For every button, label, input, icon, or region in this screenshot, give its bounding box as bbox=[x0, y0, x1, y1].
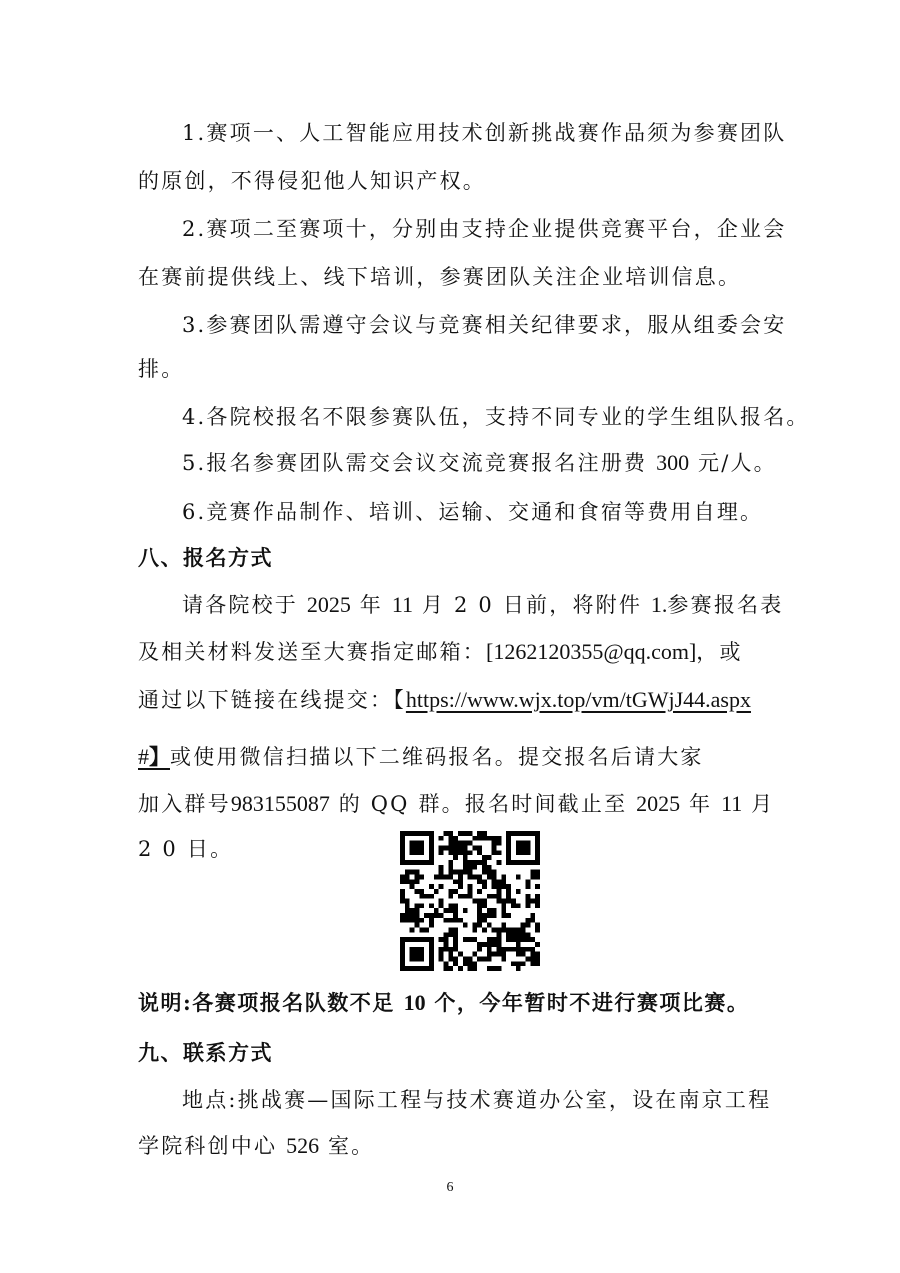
section-9-heading: 九、联系方式 bbox=[138, 1039, 273, 1067]
deadline-year: 2025 bbox=[307, 592, 351, 617]
text: 年 bbox=[680, 792, 721, 816]
link-bracket-close: 】 bbox=[149, 744, 170, 769]
text: 请各院校于 bbox=[182, 593, 307, 617]
text: 及相关材料发送至大赛指定邮箱： bbox=[138, 640, 486, 664]
contact-email[interactable]: [1262120355@qq.com] bbox=[486, 639, 696, 664]
text: 加入群号 bbox=[138, 792, 231, 816]
text: 个，今年暂时不进行赛项比赛。 bbox=[426, 990, 750, 1015]
text: 说明:各赛项报名队数不足 bbox=[138, 990, 404, 1015]
text: 或使用微信扫描以下二维码报名。提交报名后请大家 bbox=[170, 745, 704, 769]
section-8-line-4: #】或使用微信扫描以下二维码报名。提交报名后请大家 bbox=[138, 743, 704, 771]
rule-5: 5.报名参赛团队需交会议交流竞赛报名注册费 300 元/人。 bbox=[182, 449, 777, 477]
rule-4: 4.各院校报名不限参赛队伍，支持不同专业的学生组队报名。 bbox=[182, 403, 810, 431]
text: 参赛报名表 bbox=[667, 593, 783, 617]
attachment-number: 1. bbox=[651, 592, 668, 617]
text: ，或 bbox=[696, 640, 742, 664]
section-8-heading: 八、报名方式 bbox=[138, 544, 273, 572]
section-8-line-2: 及相关材料发送至大赛指定邮箱：[1262120355@qq.com]，或 bbox=[138, 638, 743, 666]
text: 通过以下链接在线提交：【 bbox=[138, 688, 406, 712]
section-8-line-5: 加入群号983155087 的 QQ 群。报名时间截止至 2025 年 11 月 bbox=[138, 790, 774, 818]
rule-6: 6.竞赛作品制作、培训、运输、交通和食宿等费用自理。 bbox=[182, 498, 763, 526]
close-year: 2025 bbox=[636, 791, 680, 816]
close-month: 11 bbox=[721, 791, 742, 816]
text: 月 2 0 日前，将附件 bbox=[413, 593, 651, 617]
rule-3-line-1: 3.参赛团队需遵守会议与竞赛相关纪律要求，服从组委会安 bbox=[182, 311, 786, 339]
registration-link-tail[interactable]: # bbox=[138, 744, 149, 769]
deadline-month: 11 bbox=[392, 592, 413, 617]
section-9-line-1: 地点:挑战赛—国际工程与技术赛道办公室，设在南京工程 bbox=[182, 1086, 771, 1114]
text: 的 QQ 群。报名时间截止至 bbox=[330, 792, 636, 816]
section-9-line-2: 学院科创中心 526 室。 bbox=[138, 1132, 374, 1160]
section-8-line-1: 请各院校于 2025 年 11 月 2 0 日前，将附件 1.参赛报名表 bbox=[182, 591, 783, 619]
rule-3-line-2: 排。 bbox=[138, 355, 184, 383]
rule-5-unit: 元/人。 bbox=[689, 451, 777, 475]
text: 年 bbox=[351, 593, 392, 617]
min-team-count: 10 bbox=[404, 990, 426, 1015]
qq-group-number: 983155087 bbox=[231, 791, 330, 816]
text: 学院科创中心 bbox=[138, 1134, 286, 1158]
qr-code-icon bbox=[399, 831, 541, 971]
room-number: 526 bbox=[286, 1133, 319, 1158]
note-text: 说明:各赛项报名队数不足 10 个，今年暂时不进行赛项比赛。 bbox=[138, 989, 749, 1017]
document-page: 1.赛项一、人工智能应用技术创新挑战赛作品须为参赛团队 的原创，不得侵犯他人知识… bbox=[0, 0, 900, 1273]
text: 室。 bbox=[319, 1134, 374, 1158]
section-8-line-3: 通过以下链接在线提交：【https://www.wjx.top/vm/tGWjJ… bbox=[138, 686, 751, 714]
rule-5-text: 5.报名参赛团队需交会议交流竞赛报名注册费 bbox=[182, 451, 656, 475]
section-8-line-6: 2 0 日。 bbox=[138, 835, 233, 863]
rule-1-line-1: 1.赛项一、人工智能应用技术创新挑战赛作品须为参赛团队 bbox=[182, 119, 786, 147]
rule-1-line-2: 的原创，不得侵犯他人知识产权。 bbox=[138, 167, 486, 195]
rule-2-line-1: 2.赛项二至赛项十，分别由支持企业提供竞赛平台，企业会 bbox=[182, 215, 786, 243]
page-number: 6 bbox=[0, 1180, 900, 1196]
rule-2-line-2: 在赛前提供线上、线下培训，参赛团队关注企业培训信息。 bbox=[138, 263, 741, 291]
text: 月 bbox=[742, 792, 774, 816]
wechat-qr-code bbox=[399, 831, 541, 971]
registration-fee: 300 bbox=[656, 450, 689, 475]
registration-link[interactable]: https://www.wjx.top/vm/tGWjJ44.aspx bbox=[406, 687, 751, 712]
